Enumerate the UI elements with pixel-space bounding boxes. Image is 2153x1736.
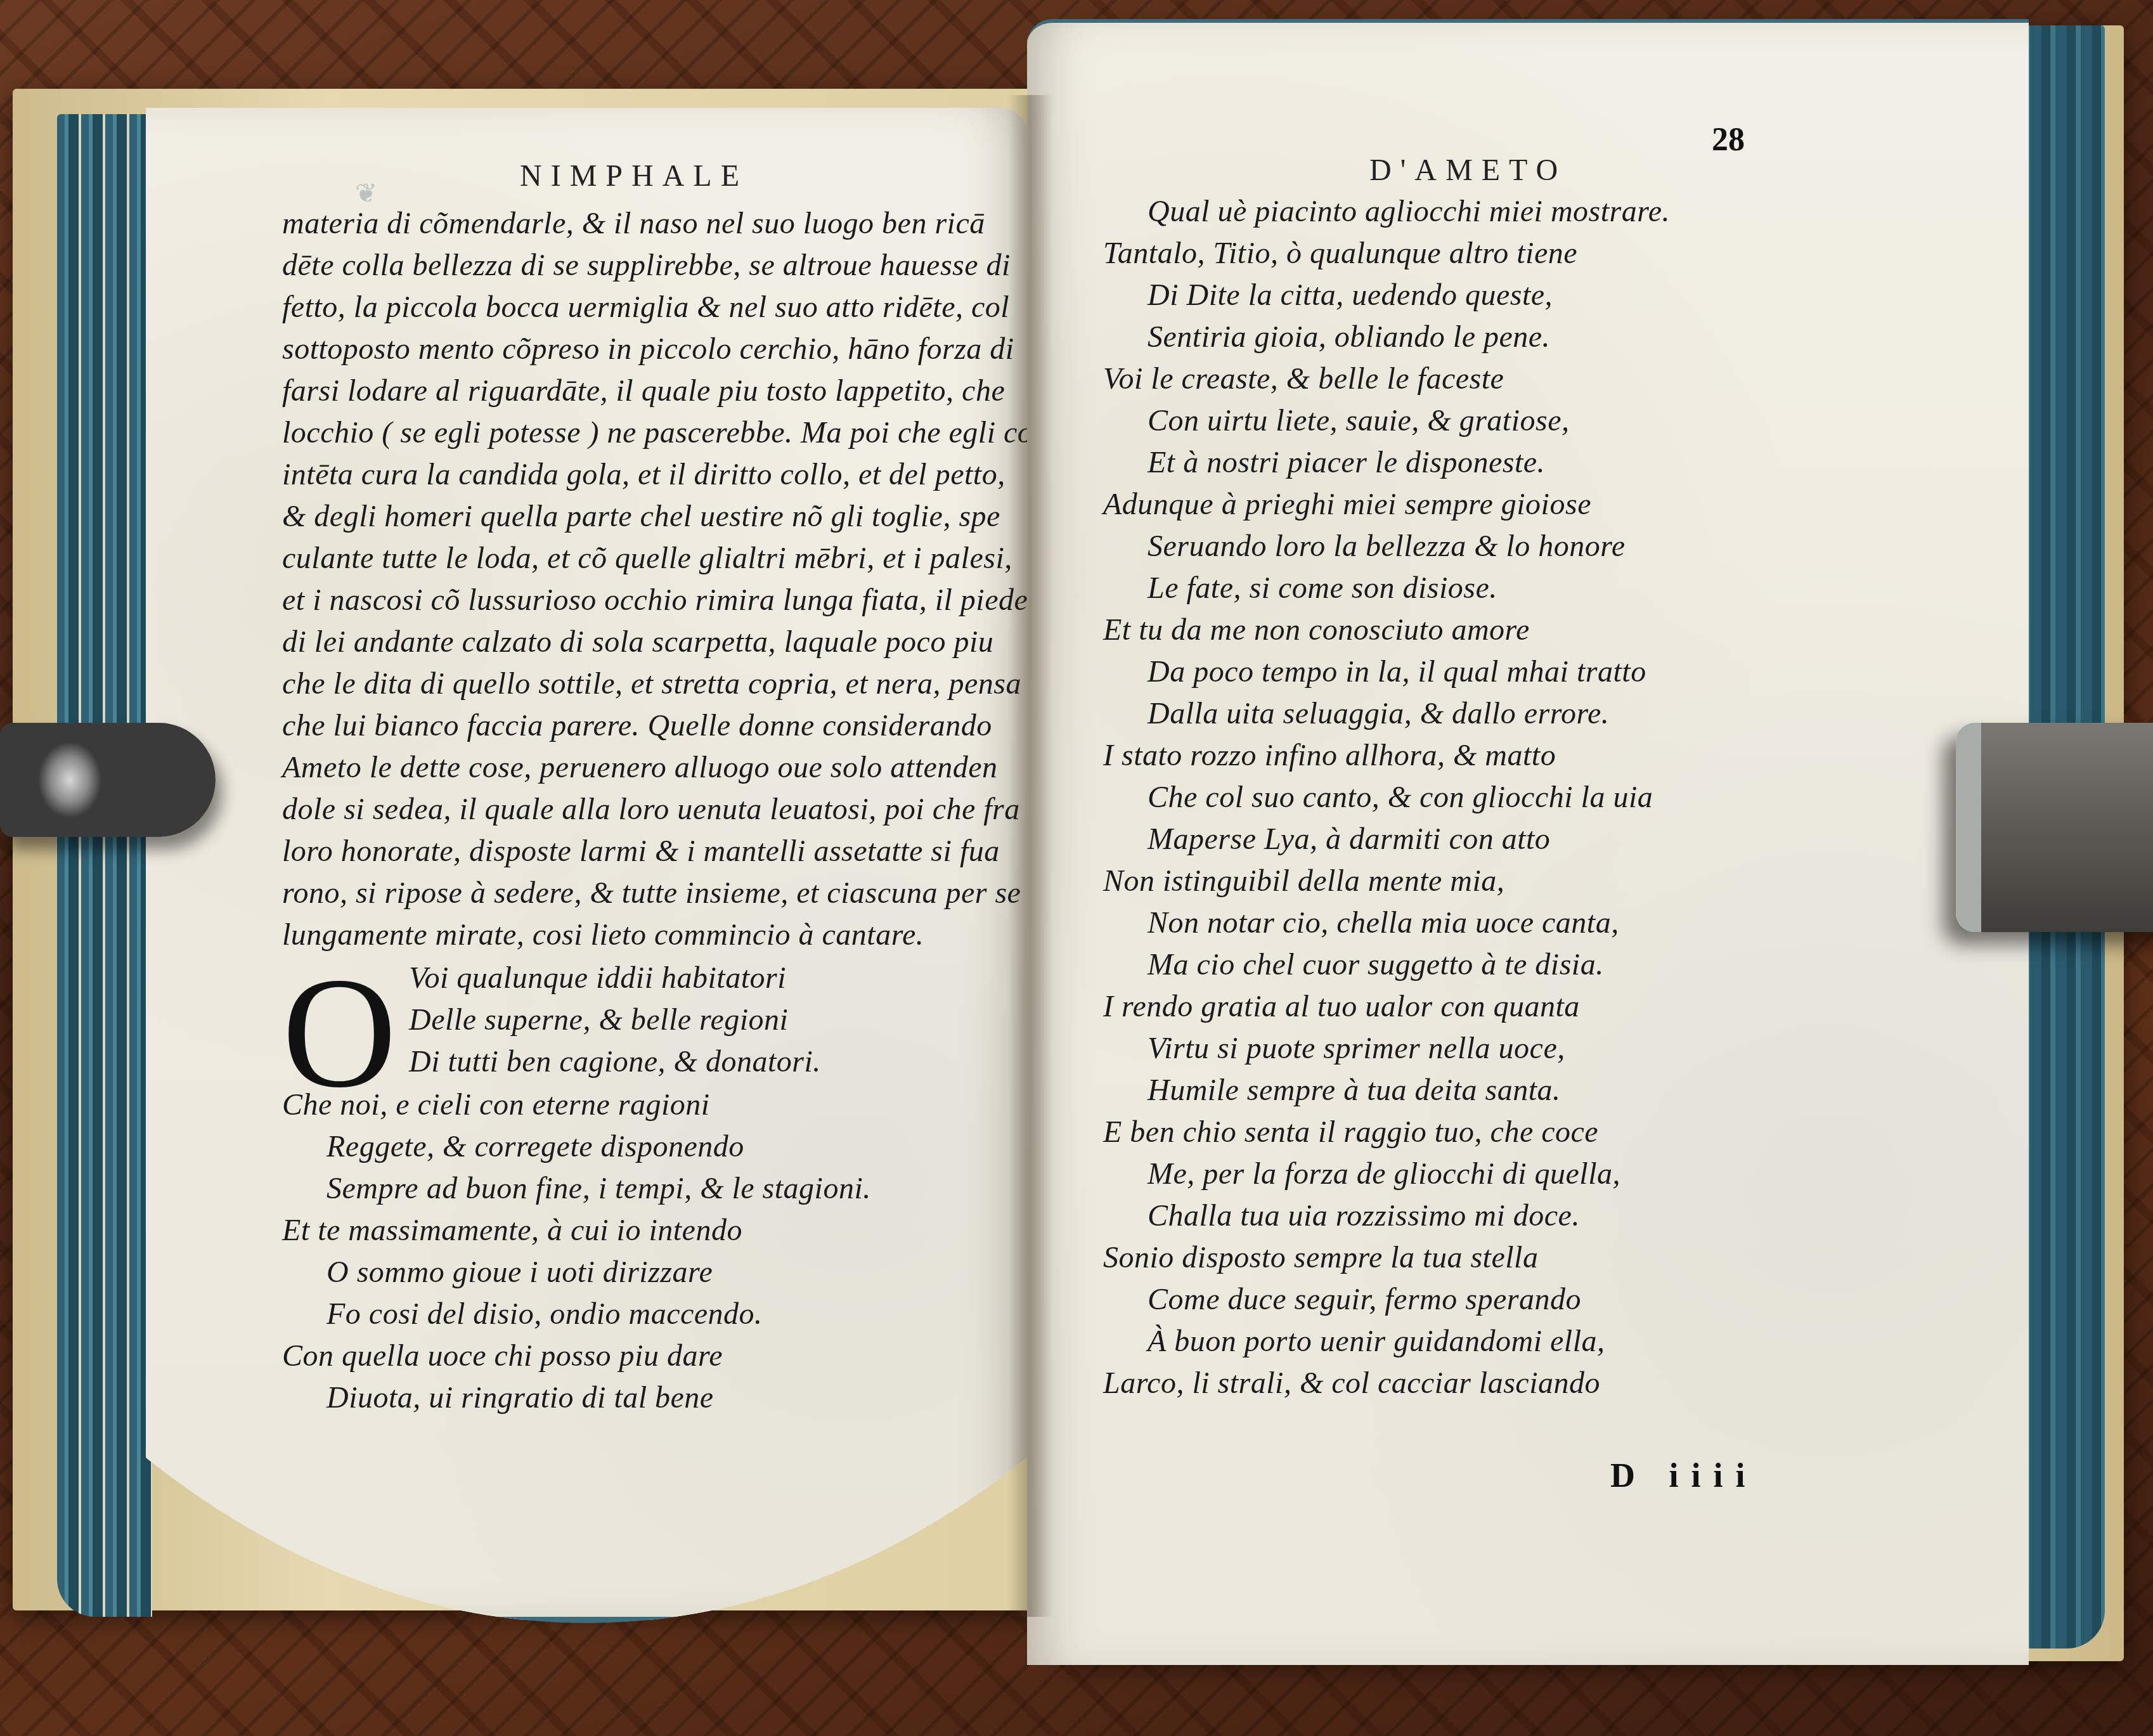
prose-line: materia di cõmendarle, & il naso nel suo…: [282, 203, 1119, 245]
right-page: D'AMETO 28 Qual uè piacinto agliocchi mi…: [1027, 19, 2029, 1665]
verse-line: Con uirtu liete, sauie, & gratiose,: [1103, 400, 1670, 442]
folio-number: 28: [1712, 121, 1745, 159]
drop-initial: O: [282, 970, 397, 1097]
prose-line: dēte colla bellezza di se supplirebbe, s…: [282, 245, 1119, 287]
verse-line: Humile sempre à tua deita santa.: [1103, 1070, 1670, 1111]
verse-line: Che noi, e cieli con eterne ragioni: [282, 1084, 871, 1126]
verse-line: À buon porto uenir guidandomi ella,: [1103, 1321, 1670, 1363]
verse-line: Ma cio chel cuor suggetto à te disia.: [1103, 944, 1670, 986]
verse-line: Non istinguibil della mente mia,: [1103, 860, 1670, 902]
verse-line: O sommo gioue i uoti dirizzare: [282, 1252, 871, 1293]
verse-line: Non notar cio, chella mia uoce canta,: [1103, 902, 1670, 944]
verse-line: E ben chio senta il raggio tuo, che coce: [1103, 1111, 1670, 1153]
prose-line: loro honorate, disposte larmi & i mantel…: [282, 831, 1119, 872]
prose-line: culante tutte le loda, et cõ quelle glia…: [282, 538, 1119, 580]
prose-line: che le dita di quello sottile, et strett…: [282, 663, 1119, 705]
silver-clasp-right: [1956, 723, 2153, 932]
verse-line: Sempre ad buon fine, i tempi, & le stagi…: [282, 1168, 871, 1210]
verse-line: Voi le creaste, & belle le faceste: [1103, 358, 1670, 400]
verse-block-right: Qual uè piacinto agliocchi miei mostrare…: [1103, 191, 1670, 1404]
verse-line: Et te massimamente, à cui io intendo: [282, 1210, 871, 1252]
prose-line: farsi lodare al riguardāte, il quale piu…: [282, 370, 1119, 412]
running-head-left: NIMPHALE: [520, 159, 748, 193]
verse-line: Da poco tempo in la, il qual mhai tratto: [1103, 651, 1670, 693]
prose-line: Ameto le dette cose, peruenero alluogo o…: [282, 747, 1119, 789]
verse-line: Voi qualunque iddii habitatori: [409, 957, 821, 999]
verse-line: Che col suo canto, & con gliocchi la uia: [1103, 777, 1670, 819]
book-gutter: [1008, 95, 1052, 1617]
prose-line: che lui bianco faccia parere. Quelle don…: [282, 705, 1119, 747]
prose-line: di lei andante calzato di sola scarpetta…: [282, 621, 1119, 663]
verse-line: Sentiria gioia, obliando le pene.: [1103, 316, 1670, 358]
prose-line: sottoposto mento cõpreso in piccolo cerc…: [282, 328, 1119, 370]
prose-line: & degli homeri quella parte chel uestire…: [282, 496, 1119, 538]
silver-clasp-left: [0, 723, 216, 837]
verse-line: Reggete, & corregete disponendo: [282, 1126, 871, 1168]
signature-mark: D iiii: [1610, 1456, 1758, 1495]
blue-page-edges-left: [57, 114, 152, 1617]
verse-line: Le fate, si come son disiose.: [1103, 567, 1670, 609]
verse-line: Challa tua uia rozzissimo mi doce.: [1103, 1195, 1670, 1237]
verse-line: Di Dite la citta, uedendo queste,: [1103, 275, 1670, 316]
verse-line: I rendo gratia al tuo ualor con quanta: [1103, 986, 1670, 1028]
prose-block: materia di cõmendarle, & il naso nel suo…: [282, 203, 1119, 956]
verse-line: Et à nostri piacer le disponeste.: [1103, 442, 1670, 484]
verse-line: Diuota, ui ringratio di tal bene: [282, 1377, 871, 1419]
verse-line: Qual uè piacinto agliocchi miei mostrare…: [1103, 191, 1670, 233]
verse-line: Dalla uita seluaggia, & dallo errore.: [1103, 693, 1670, 735]
verse-line: Et tu da me non conosciuto amore: [1103, 609, 1670, 651]
verse-line: Fo cosi del disio, ondio maccendo.: [282, 1293, 871, 1335]
prose-line: lungamente mirate, cosi lieto commincio …: [282, 914, 1119, 956]
verse-line: Di tutti ben cagione, & donatori.: [409, 1041, 821, 1083]
verse-line: Me, per la forza de gliocchi di quella,: [1103, 1153, 1670, 1195]
verse-line: Larco, li strali, & col cacciar lasciand…: [1103, 1363, 1670, 1404]
prose-line: intēta cura la candida gola, et il dirit…: [282, 454, 1119, 496]
prose-line: et i nascosi cõ lussurioso occhio rimira…: [282, 580, 1119, 621]
prose-line: dole si sedea, il quale alla loro uenuta…: [282, 789, 1119, 831]
left-page: ❦ NIMPHALE materia di cõmendarle, & il n…: [146, 108, 1027, 1623]
verse-line: Maperse Lya, à darmiti con atto: [1103, 819, 1670, 860]
verse-line: Adunque à prieghi miei sempre gioiose: [1103, 484, 1670, 526]
verse-block-left: Che noi, e cieli con eterne ragioni Regg…: [282, 1084, 871, 1419]
verse-line: Virtu si puote sprimer nella uoce,: [1103, 1028, 1670, 1070]
verse-line: Seruando loro la bellezza & lo honore: [1103, 526, 1670, 567]
verse-line: Delle superne, & belle regioni: [409, 999, 821, 1041]
verse-line: Sonio disposto sempre la tua stella: [1103, 1237, 1670, 1279]
verse-line: I stato rozzo infino allhora, & matto: [1103, 735, 1670, 777]
verse-line: Con quella uoce chi posso piu dare: [282, 1335, 871, 1377]
prose-line: locchio ( se egli potesse ) ne pascerebb…: [282, 412, 1119, 454]
prose-line: fetto, la piccola bocca uermiglia & nel …: [282, 287, 1119, 328]
verse-with-initial: Voi qualunque iddii habitatori Delle sup…: [409, 957, 821, 1083]
prose-line: rono, si ripose à sedere, & tutte insiem…: [282, 872, 1119, 914]
running-head-right: D'AMETO: [1369, 153, 1567, 188]
open-book: ❦ NIMPHALE materia di cõmendarle, & il n…: [0, 0, 2153, 1736]
verse-line: Come duce seguir, fermo sperando: [1103, 1279, 1670, 1321]
verse-line: Tantalo, Titio, ò qualunque altro tiene: [1103, 233, 1670, 275]
